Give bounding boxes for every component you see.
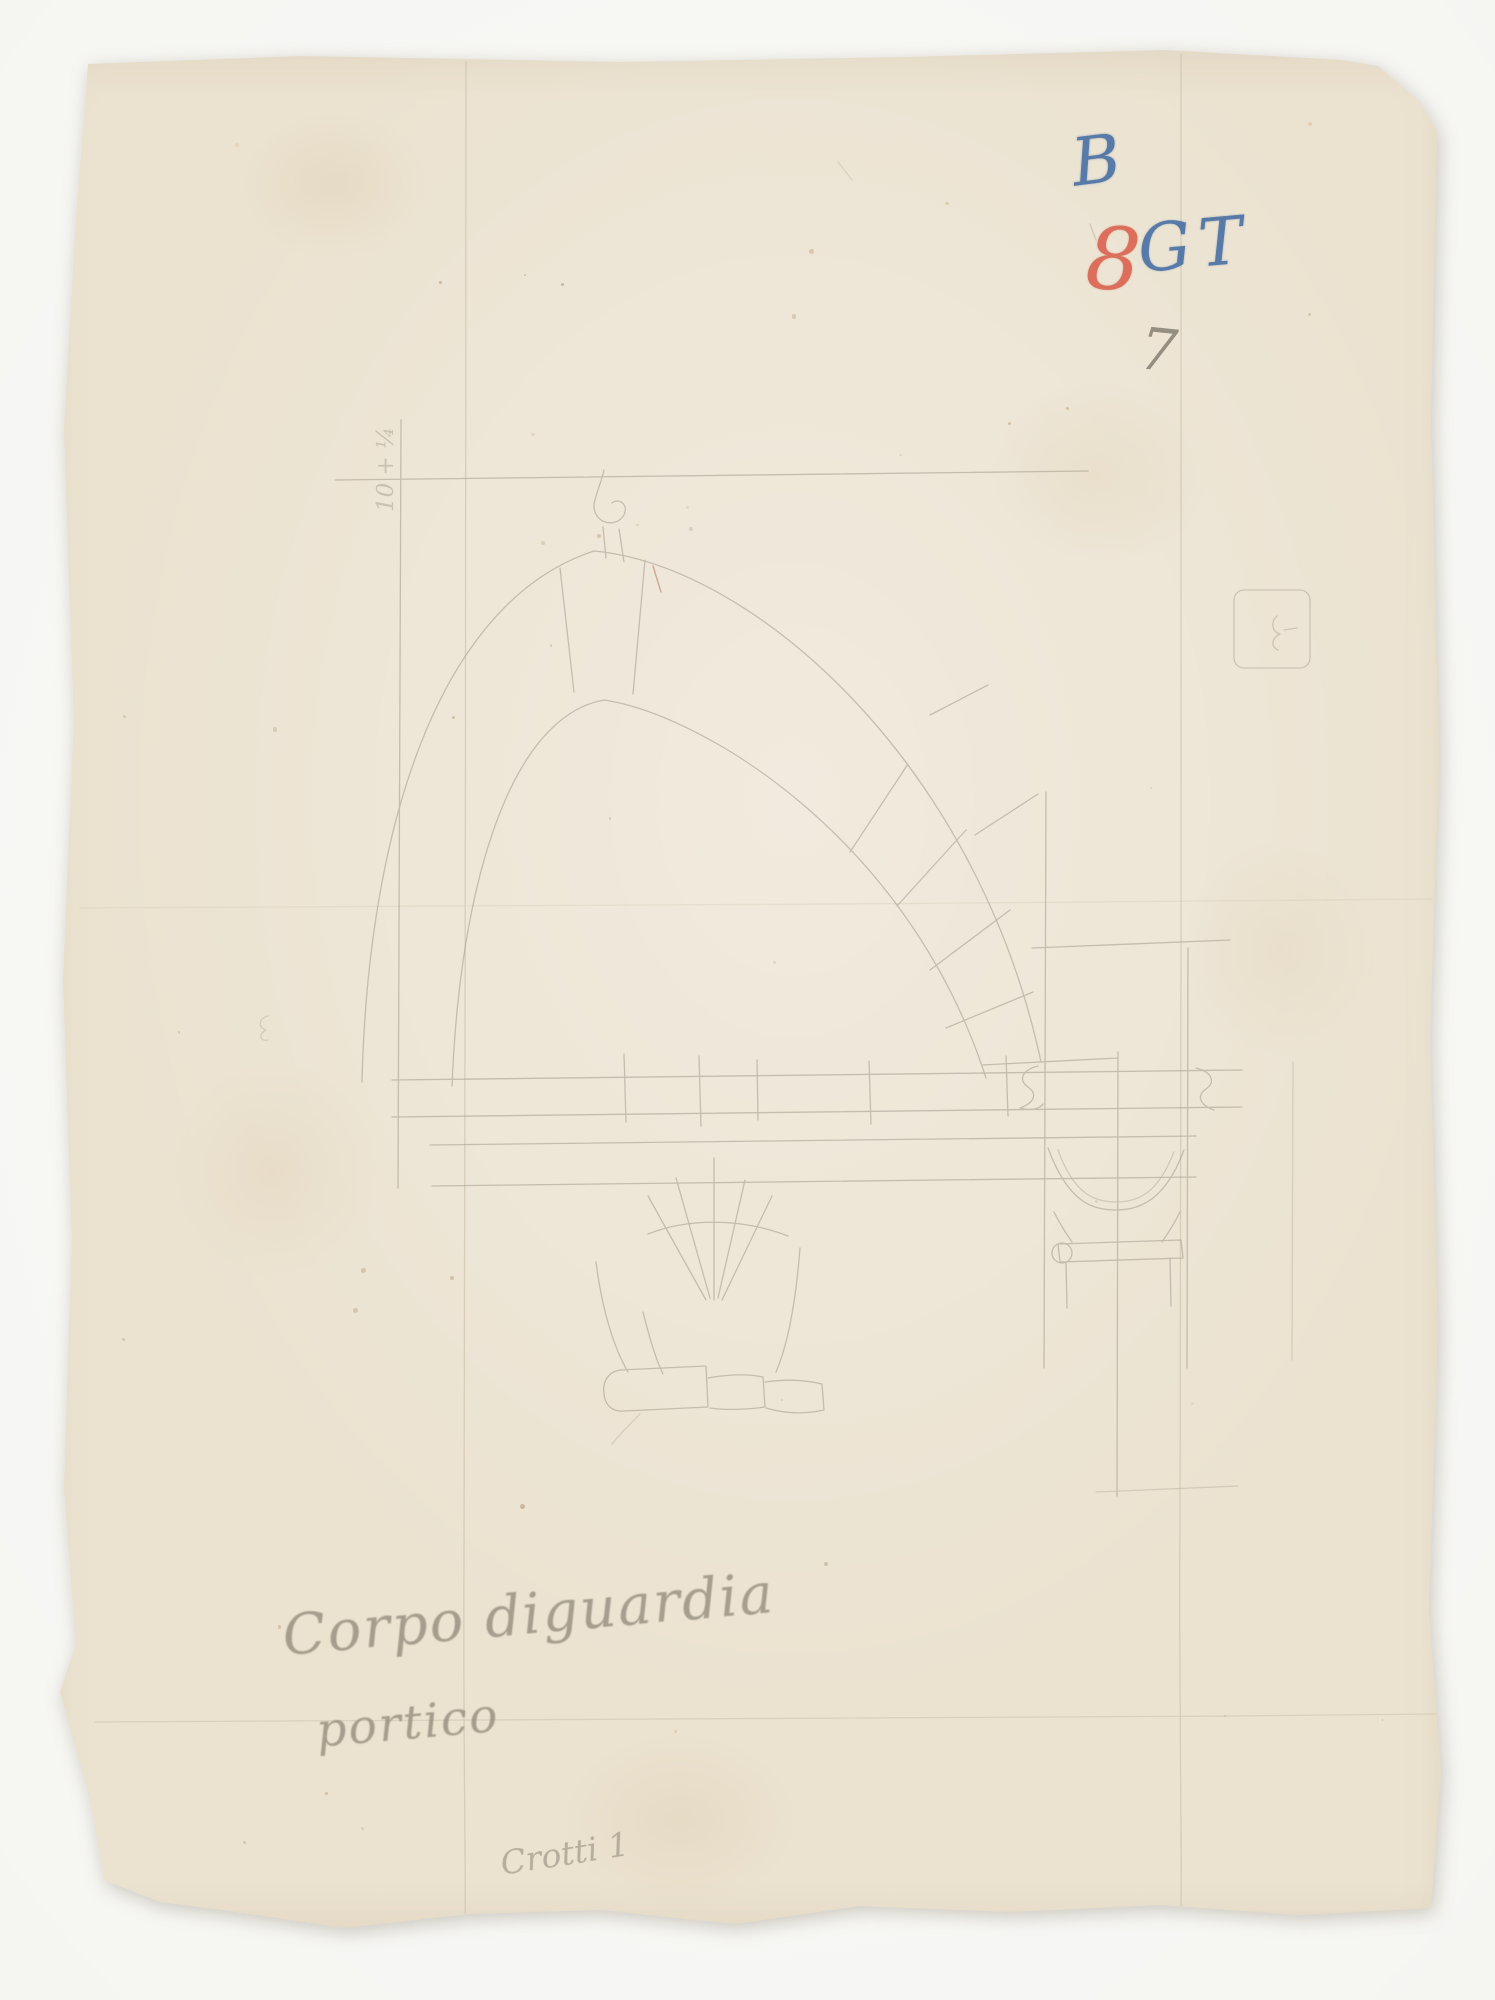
outer-arch — [362, 551, 1041, 1082]
pilaster-lines — [1032, 792, 1293, 1496]
paper-sheet-shadow: 10 + ¼ B 8 GT 7 Corpo diguardia portico … — [0, 0, 1495, 2000]
misc-pencil-marks — [260, 162, 1096, 1040]
inner-arch — [452, 700, 986, 1086]
paper-sheet: 10 + ¼ B 8 GT 7 Corpo diguardia portico … — [0, 0, 1495, 2000]
scan-backdrop: 10 + ¼ B 8 GT 7 Corpo diguardia portico … — [0, 0, 1495, 2000]
entablature-lines — [392, 1054, 1242, 1186]
pencil-number: 7 — [1137, 314, 1181, 385]
archival-red-number: 8 — [1083, 209, 1143, 312]
archival-blue-letters: GT — [1135, 201, 1254, 288]
keystone-volute — [594, 470, 625, 562]
archival-blue-letter: B — [1067, 119, 1125, 201]
dimension-note-text: 10 + ¼ — [373, 427, 399, 512]
voussoir-lines — [560, 560, 1038, 1028]
architectural-sketch: 10 + ¼ — [0, 0, 1495, 2000]
red-fiber-mark — [653, 566, 661, 592]
corbel-perspective-sketch — [596, 1158, 824, 1444]
detail-square — [1234, 590, 1310, 668]
